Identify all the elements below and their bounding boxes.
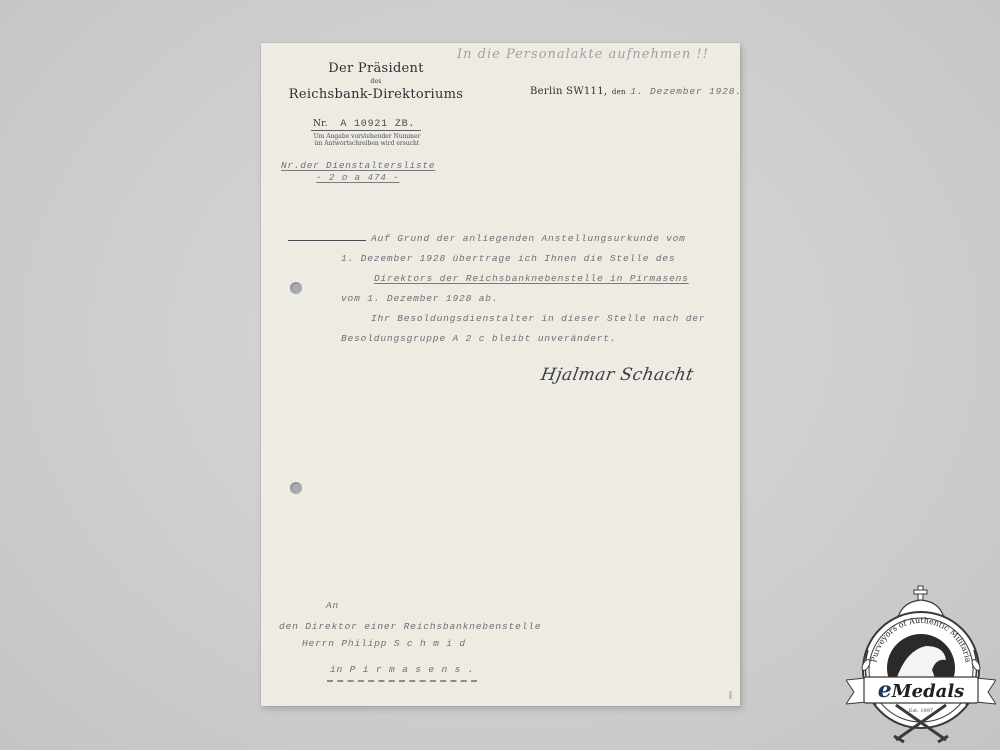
ref-note-line2: im Antwortschreiben wird ersucht bbox=[311, 140, 423, 147]
ref-note-line1: Um Angabe vorstehender Nummer bbox=[311, 133, 423, 140]
punch-hole-bottom bbox=[290, 482, 302, 494]
body-line-3: Direktors der Reichsbanknebenstelle in P… bbox=[374, 273, 689, 284]
emedals-watermark: eMedals Est. 1997 Purveyors of Authentic… bbox=[846, 580, 996, 745]
signature: Hjalmar Schacht bbox=[539, 365, 695, 385]
svg-text:eMedals: eMedals bbox=[878, 677, 965, 703]
ref-note: Um Angabe vorstehender Nummer im Antwort… bbox=[311, 133, 423, 147]
letterhead-title: Der Präsident bbox=[281, 61, 471, 76]
ref-number: A 10921 ZB. bbox=[340, 119, 415, 130]
letterhead-des: des bbox=[281, 78, 471, 85]
corner-mark bbox=[729, 691, 732, 699]
dateline: Berlin SW111, den 1. Dezember 1928. bbox=[530, 81, 742, 99]
document-page: Der Präsident des Reichsbank-Direktorium… bbox=[261, 43, 740, 706]
dateline-place: Berlin SW111, bbox=[530, 86, 607, 97]
handwritten-note: In die Personalakte aufnehmen !! bbox=[457, 47, 709, 62]
emedals-badge-icon: eMedals Est. 1997 Purveyors of Authentic… bbox=[846, 580, 996, 745]
body-line-1: Auf Grund der anliegenden Anstellungsurk… bbox=[371, 233, 686, 244]
address-to: An bbox=[326, 600, 339, 611]
margin-rule bbox=[288, 240, 366, 241]
body-line-4: vom 1. Dezember 1928 ab. bbox=[341, 293, 498, 304]
dateline-date: 1. Dezember 1928. bbox=[630, 86, 741, 97]
address-underline bbox=[327, 680, 477, 682]
dateline-den: den bbox=[612, 88, 626, 96]
reference-number: Nr. A 10921 ZB. bbox=[313, 113, 423, 131]
body-line-6: Besoldungsgruppe A 2 c bleibt unveränder… bbox=[341, 333, 616, 344]
ref-prefix: Nr. bbox=[313, 119, 328, 129]
seniority-list-label: Nr.der Dienstaltersliste bbox=[281, 160, 435, 171]
seniority-list-value: - 2 o a 474 - bbox=[316, 172, 400, 183]
body-line-5: Ihr Besoldungsdienstalter in dieser Stel… bbox=[371, 313, 705, 324]
body-line-2: 1. Dezember 1928 übertrage ich Ihnen die… bbox=[341, 253, 675, 264]
letterhead-institution: Reichsbank-Direktoriums bbox=[271, 87, 481, 102]
address-line-1: den Direktor einer Reichsbanknebenstelle bbox=[279, 621, 541, 632]
address-line-2: Herrn Philipp S c h m i d bbox=[302, 638, 466, 649]
svg-text:Est. 1997: Est. 1997 bbox=[909, 708, 933, 714]
ref-underline bbox=[311, 130, 421, 131]
punch-hole-top bbox=[290, 282, 302, 294]
address-line-3: in P i r m a s e n s . bbox=[330, 664, 474, 675]
